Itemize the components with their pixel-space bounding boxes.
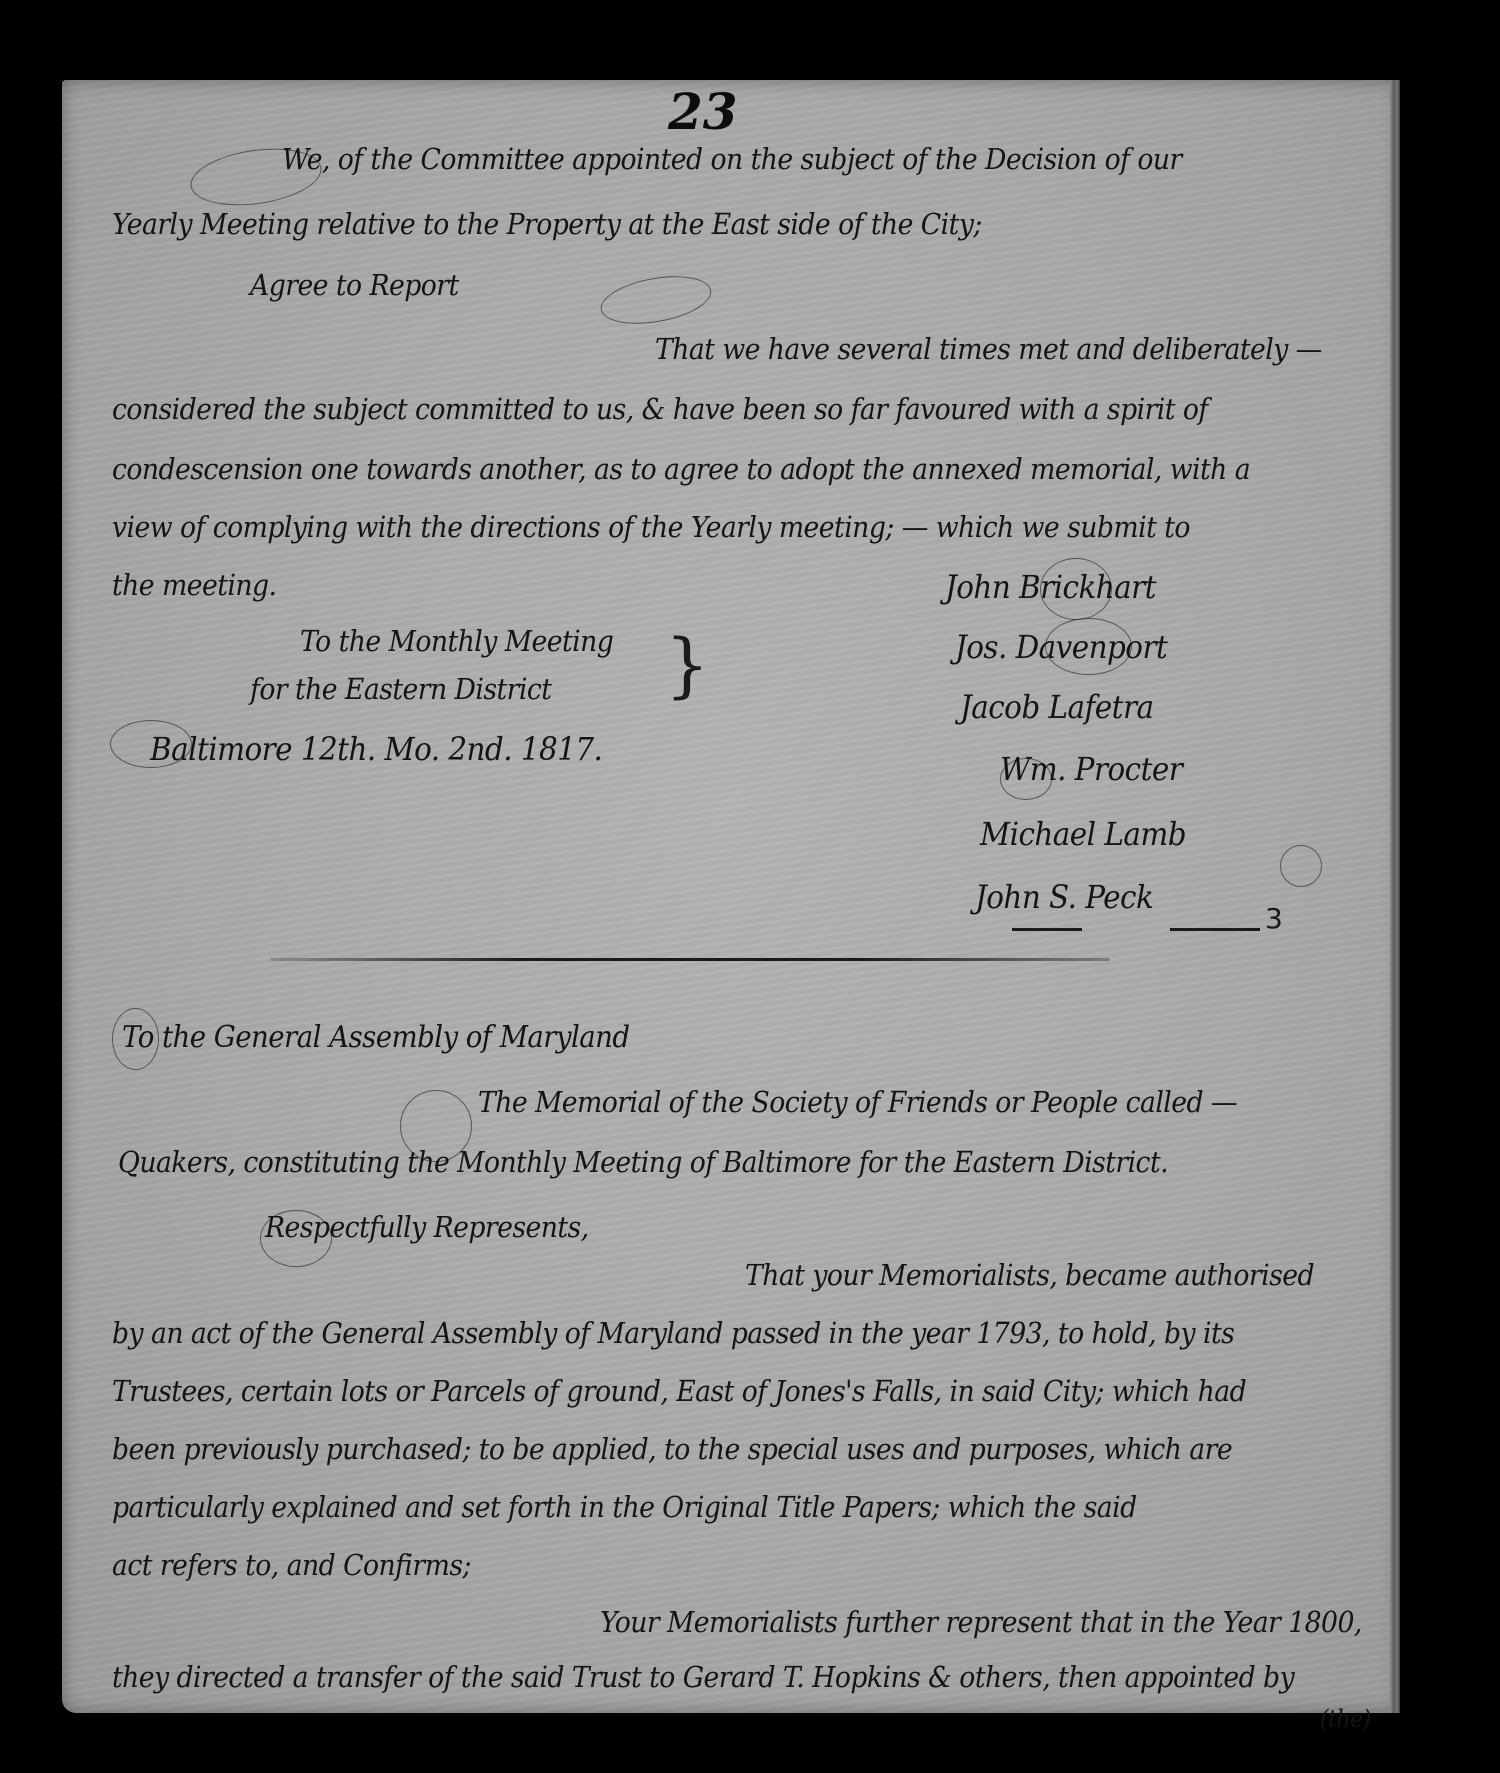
signature-1: John Brickhart: [945, 568, 1156, 606]
manuscript-page: [62, 80, 1400, 1713]
signature-mark: 3: [1265, 902, 1283, 935]
signature-underline-left: [1012, 928, 1082, 931]
signature-5: Michael Lamb: [980, 815, 1186, 853]
addressee-line-2: for the Eastern District: [250, 672, 551, 706]
signature-underline-right: [1170, 928, 1260, 931]
memorial-respectfully: Respectfully Represents,: [265, 1210, 589, 1244]
report-line-2: Yearly Meeting relative to the Property …: [112, 207, 982, 241]
signature-6: John S. Peck: [975, 878, 1153, 916]
memorial-body-1: That your Memorialists, became authorise…: [745, 1258, 1314, 1292]
signature-3: Jacob Lafetra: [960, 688, 1153, 726]
flourish-lamb: [1280, 845, 1322, 887]
report-line-6: view of complying with the directions of…: [112, 510, 1190, 544]
memorial-body-2: by an act of the General Assembly of Mar…: [112, 1316, 1234, 1350]
memorial-body-6: act refers to, and Confirms;: [112, 1548, 471, 1582]
signature-4: Wm. Procter: [1000, 750, 1182, 788]
report-line-3: That we have several times met and delib…: [655, 332, 1322, 366]
memorial-body-3: Trustees, certain lots or Parcels of gro…: [112, 1374, 1246, 1408]
binding-edge: [1390, 80, 1400, 1713]
addressee-brace: }: [665, 630, 710, 700]
report-line-7: the meeting.: [112, 568, 276, 602]
signature-2: Jos. Davenport: [955, 628, 1167, 666]
memorial-intro-2: Quakers, constituting the Monthly Meetin…: [118, 1145, 1168, 1179]
memorial-salutation: To the General Assembly of Maryland: [122, 1020, 630, 1055]
section-divider: [270, 958, 1110, 961]
report-heading-agree: Agree to Report: [250, 268, 459, 302]
report-date: Baltimore 12th. Mo. 2nd. 1817.: [150, 730, 602, 768]
memorial-intro-1: The Memorial of the Society of Friends o…: [478, 1085, 1237, 1119]
page-number: 23: [668, 82, 738, 141]
memorial-body-7: Your Memorialists further represent that…: [600, 1605, 1362, 1639]
addressee-line-1: To the Monthly Meeting: [300, 624, 613, 658]
report-line-1: We, of the Committee appointed on the su…: [282, 142, 1182, 176]
report-line-5: condescension one towards another, as to…: [112, 452, 1250, 486]
memorial-body-5: particularly explained and set forth in …: [112, 1490, 1137, 1524]
memorial-body-8: they directed a transfer of the said Tru…: [112, 1660, 1294, 1694]
catchword: (the): [1320, 1705, 1371, 1733]
memorial-body-4: been previously purchased; to be applied…: [112, 1432, 1232, 1466]
report-line-4: considered the subject committed to us, …: [112, 392, 1208, 426]
